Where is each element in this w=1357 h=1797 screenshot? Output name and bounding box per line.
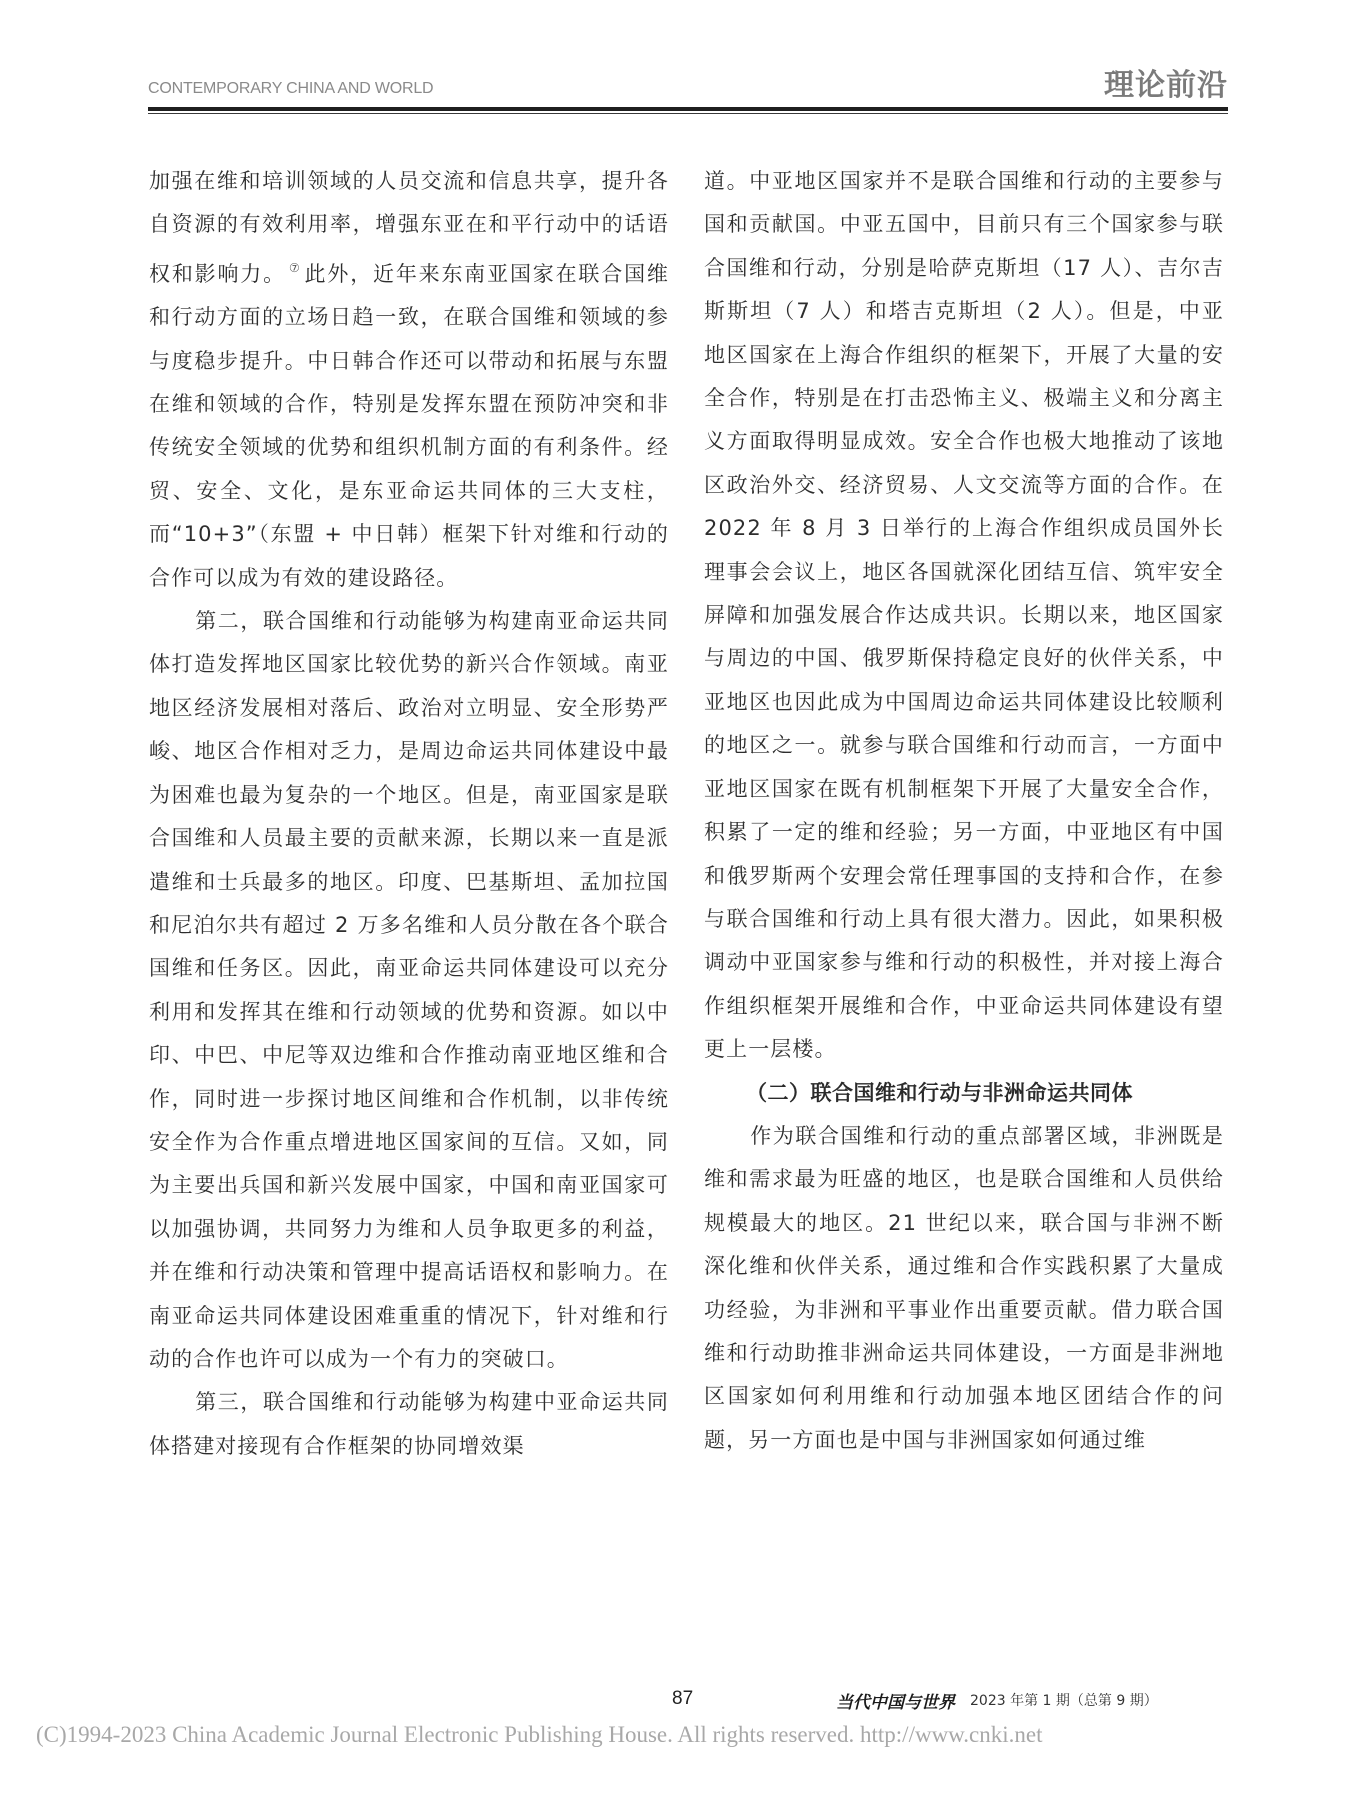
right-column: 道。中亚地区国家并不是联合国维和行动的主要参与国和贡献国。中亚五国中，目前只有三…	[704, 160, 1224, 1462]
paragraph: 道。中亚地区国家并不是联合国维和行动的主要参与国和贡献国。中亚五国中，目前只有三…	[704, 160, 1224, 1072]
header-rule-thin	[148, 113, 1228, 114]
running-header: CONTEMPORARY CHINA AND WORLD 理论前沿	[148, 60, 1228, 120]
page-footer: 87 当代中国与世界 2023 年第 1 期（总第 9 期）	[640, 1688, 1240, 1718]
paragraph: 加强在维和培训领域的人员交流和信息共享，提升各自资源的有效利用率，增强东亚在和平…	[149, 160, 669, 600]
issue-info: 2023 年第 1 期（总第 9 期）	[970, 1690, 1158, 1710]
footnote-marker[interactable]: ⑦	[289, 261, 302, 275]
page-number: 87	[672, 1688, 693, 1710]
left-column: 加强在维和培训领域的人员交流和信息共享，提升各自资源的有效利用率，增强东亚在和平…	[149, 160, 669, 1468]
paragraph: 第三，联合国维和行动能够为构建中亚命运共同体搭建对接现有合作框架的协同增效渠	[149, 1381, 669, 1468]
paragraph: 第二，联合国维和行动能够为构建南亚命运共同体打造发挥地区国家比较优势的新兴合作领…	[149, 600, 669, 1381]
section-title: 理论前沿	[1104, 60, 1228, 104]
paragraph-text: 此外，近年来东南亚国家在联合国维和行动方面的立场日趋一致，在联合国维和领域的参与…	[149, 262, 669, 590]
section-heading: （二）联合国维和行动与非洲命运共同体	[704, 1072, 1224, 1115]
journal-english-title: CONTEMPORARY CHINA AND WORLD	[148, 80, 433, 98]
copyright-notice: (C)1994-2023 China Academic Journal Elec…	[36, 1722, 1043, 1748]
paragraph: 作为联合国维和行动的重点部署区域，非洲既是维和需求最为旺盛的地区，也是联合国维和…	[704, 1115, 1224, 1462]
journal-name-logo: 当代中国与世界	[836, 1688, 955, 1713]
header-rule-thick	[148, 107, 1228, 111]
